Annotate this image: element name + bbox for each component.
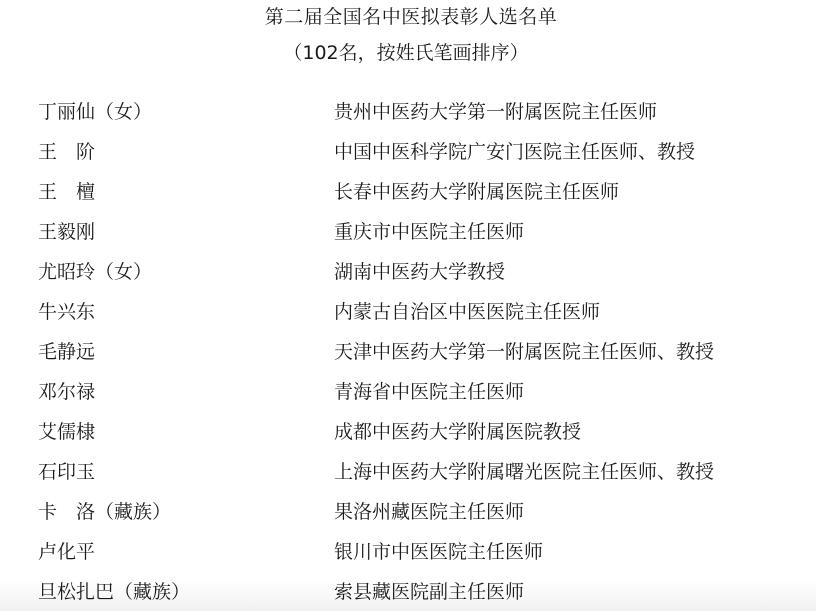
document-subtitle: （102名，按姓氏笔画排序） bbox=[0, 40, 816, 66]
candidate-affiliation: 天津中医药大学第一附属医院主任医师、教授 bbox=[334, 339, 714, 365]
candidate-affiliation: 成都中医药大学附属医院教授 bbox=[334, 419, 581, 445]
list-item: 王 檀 长春中医药大学附属医院主任医师 bbox=[38, 179, 798, 219]
candidate-affiliation: 上海中医药大学附属曙光医院主任医师、教授 bbox=[334, 459, 714, 485]
list-item: 邓尔禄 青海省中医院主任医师 bbox=[38, 379, 798, 419]
list-item: 丁丽仙（女） 贵州中医药大学第一附属医院主任医师 bbox=[38, 99, 798, 139]
list-item: 毛静远 天津中医药大学第一附属医院主任医师、教授 bbox=[38, 339, 798, 379]
candidate-name: 王 檀 bbox=[38, 179, 95, 205]
candidate-name: 卢化平 bbox=[38, 539, 95, 565]
list-item: 旦松扎巴（藏族） 索县藏医院副主任医师 bbox=[38, 579, 798, 611]
document-page: 第二届全国名中医拟表彰人选名单 （102名，按姓氏笔画排序） 丁丽仙（女） 贵州… bbox=[0, 0, 816, 611]
document-title: 第二届全国名中医拟表彰人选名单 bbox=[0, 4, 816, 30]
candidate-affiliation: 重庆市中医院主任医师 bbox=[334, 219, 524, 245]
candidate-affiliation: 贵州中医药大学第一附属医院主任医师 bbox=[334, 99, 657, 125]
candidate-affiliation: 中国中医科学院广安门医院主任医师、教授 bbox=[334, 139, 695, 165]
candidate-name: 王 阶 bbox=[38, 139, 95, 165]
candidate-name: 旦松扎巴（藏族） bbox=[38, 579, 190, 605]
list-item: 牛兴东 内蒙古自治区中医医院主任医师 bbox=[38, 299, 798, 339]
candidate-affiliation: 索县藏医院副主任医师 bbox=[334, 579, 524, 605]
candidate-name: 丁丽仙（女） bbox=[38, 99, 152, 125]
candidate-name: 尤昭玲（女） bbox=[38, 259, 152, 285]
candidate-affiliation: 银川市中医医院主任医师 bbox=[334, 539, 543, 565]
candidate-name: 石印玉 bbox=[38, 459, 95, 485]
list-item: 石印玉 上海中医药大学附属曙光医院主任医师、教授 bbox=[38, 459, 798, 499]
list-item: 卡 洛（藏族） 果洛州藏医院主任医师 bbox=[38, 499, 798, 539]
candidate-name: 牛兴东 bbox=[38, 299, 95, 325]
list-item: 卢化平 银川市中医医院主任医师 bbox=[38, 539, 798, 579]
candidate-affiliation: 长春中医药大学附属医院主任医师 bbox=[334, 179, 619, 205]
list-item: 尤昭玲（女） 湖南中医药大学教授 bbox=[38, 259, 798, 299]
candidate-name: 艾儒棣 bbox=[38, 419, 95, 445]
list-item: 艾儒棣 成都中医药大学附属医院教授 bbox=[38, 419, 798, 459]
candidate-affiliation: 湖南中医药大学教授 bbox=[334, 259, 505, 285]
candidate-affiliation: 果洛州藏医院主任医师 bbox=[334, 499, 524, 525]
list-item: 王 阶 中国中医科学院广安门医院主任医师、教授 bbox=[38, 139, 798, 179]
candidate-name: 毛静远 bbox=[38, 339, 95, 365]
candidate-name: 王毅刚 bbox=[38, 219, 95, 245]
candidate-affiliation: 内蒙古自治区中医医院主任医师 bbox=[334, 299, 600, 325]
list-item: 王毅刚 重庆市中医院主任医师 bbox=[38, 219, 798, 259]
candidate-affiliation: 青海省中医院主任医师 bbox=[334, 379, 524, 405]
candidate-name: 卡 洛（藏族） bbox=[38, 499, 171, 525]
candidate-name: 邓尔禄 bbox=[38, 379, 95, 405]
candidate-list: 丁丽仙（女） 贵州中医药大学第一附属医院主任医师 王 阶 中国中医科学院广安门医… bbox=[38, 99, 798, 611]
